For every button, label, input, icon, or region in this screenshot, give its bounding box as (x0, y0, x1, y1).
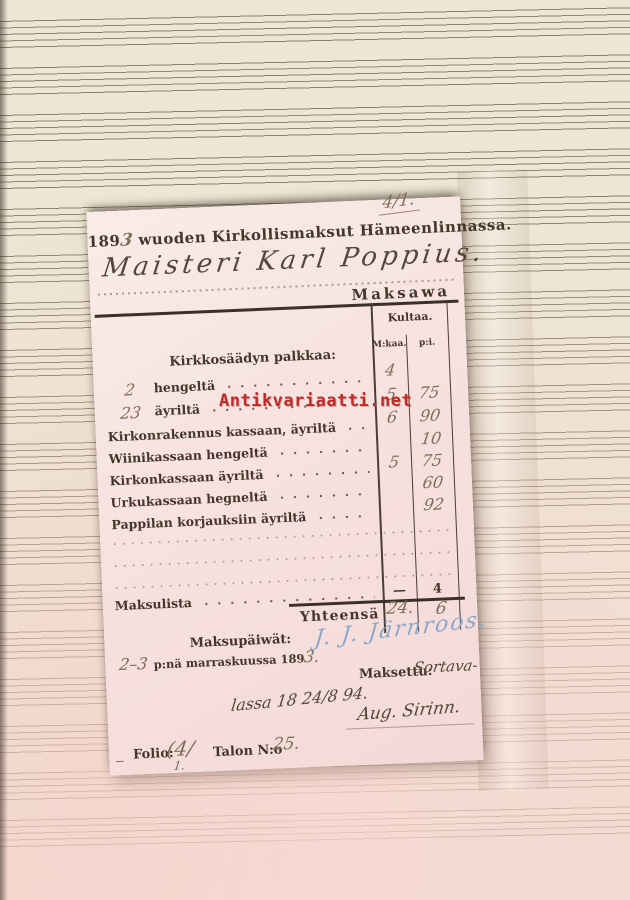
row-value-pennia: 92 (412, 494, 457, 515)
fee-value-markkaa: — (382, 583, 417, 599)
row-value-pennia: 10 (409, 428, 454, 449)
folio-handwritten: (4/ (165, 736, 195, 761)
dotted-leader (314, 514, 371, 519)
dotted-leader (344, 426, 368, 430)
row-value-pennia: 60 (411, 472, 456, 493)
paid-date-handwritten: lassa 18 24/8 94. (230, 683, 369, 715)
row-label: Pappilan korjauksiin äyriltä (111, 509, 306, 532)
house-number-handwritten: 25. (271, 734, 301, 755)
paid-signature-handwritten: Aug. Sirinn. (356, 697, 461, 725)
blank-row-dots (111, 551, 455, 567)
corner-annotation: 4/1. (379, 188, 422, 216)
row-value-pennia: 75 (410, 450, 455, 471)
blank-row-dots (110, 529, 454, 545)
fee-value-pennia: 4 (416, 581, 459, 598)
title-year-handwritten: 3 (119, 230, 134, 251)
dotted-leader (276, 492, 371, 499)
folio-sub-handwritten: 1. (173, 758, 186, 773)
dotted-leader (223, 380, 366, 389)
paydays-line: 2–3 p:nä marraskuussa 189 3. (119, 647, 320, 674)
fee-row-label: Maksulista (115, 595, 193, 613)
title-year-prefix: 189 (87, 232, 121, 251)
photo-left-edge-shadow (0, 0, 8, 900)
row-label: äyriltä (154, 401, 200, 418)
paydays-handwritten: 2–3 (118, 654, 149, 674)
photo-background: 4/1. 1893 wuoden Kirkollismaksut Hämeenl… (0, 0, 630, 900)
row-value-markkaa: 5 (376, 452, 413, 473)
pencil-dash: ‒ (114, 753, 125, 769)
antikvariaatti-watermark: Antikvariaatti.net (219, 391, 412, 411)
dotted-leader (276, 448, 369, 455)
row-label: Urkukassaan hegneltä (110, 489, 268, 511)
currency-header: Kultaa. (371, 309, 449, 325)
column-header-markkaa: M:kaa. (372, 339, 406, 350)
row-value-markkaa: 4 (372, 360, 409, 381)
dotted-leader (272, 470, 370, 477)
row-value-pennia: 90 (408, 405, 453, 426)
row-label: hengeltä (153, 378, 215, 396)
row-label: Kirkonkassaan äyriltä (109, 467, 264, 488)
row-label: Wiinikassaan hengeltä (108, 445, 268, 467)
row-qty-handwritten: 23 (106, 402, 157, 423)
paydays-printed: p:nä marraskuussa 189 (153, 651, 304, 671)
column-header-pennia: p:i. (406, 337, 448, 349)
paid-place-handwritten: Sortava- (413, 656, 479, 677)
row-qty-handwritten: 2 (105, 379, 156, 400)
row-value-pennia: 75 (407, 382, 452, 403)
section-heading: Kirkkosäädyn palkkaa: (132, 346, 372, 371)
church-fee-receipt: 4/1. 1893 wuoden Kirkollismaksut Hämeenl… (86, 196, 483, 775)
